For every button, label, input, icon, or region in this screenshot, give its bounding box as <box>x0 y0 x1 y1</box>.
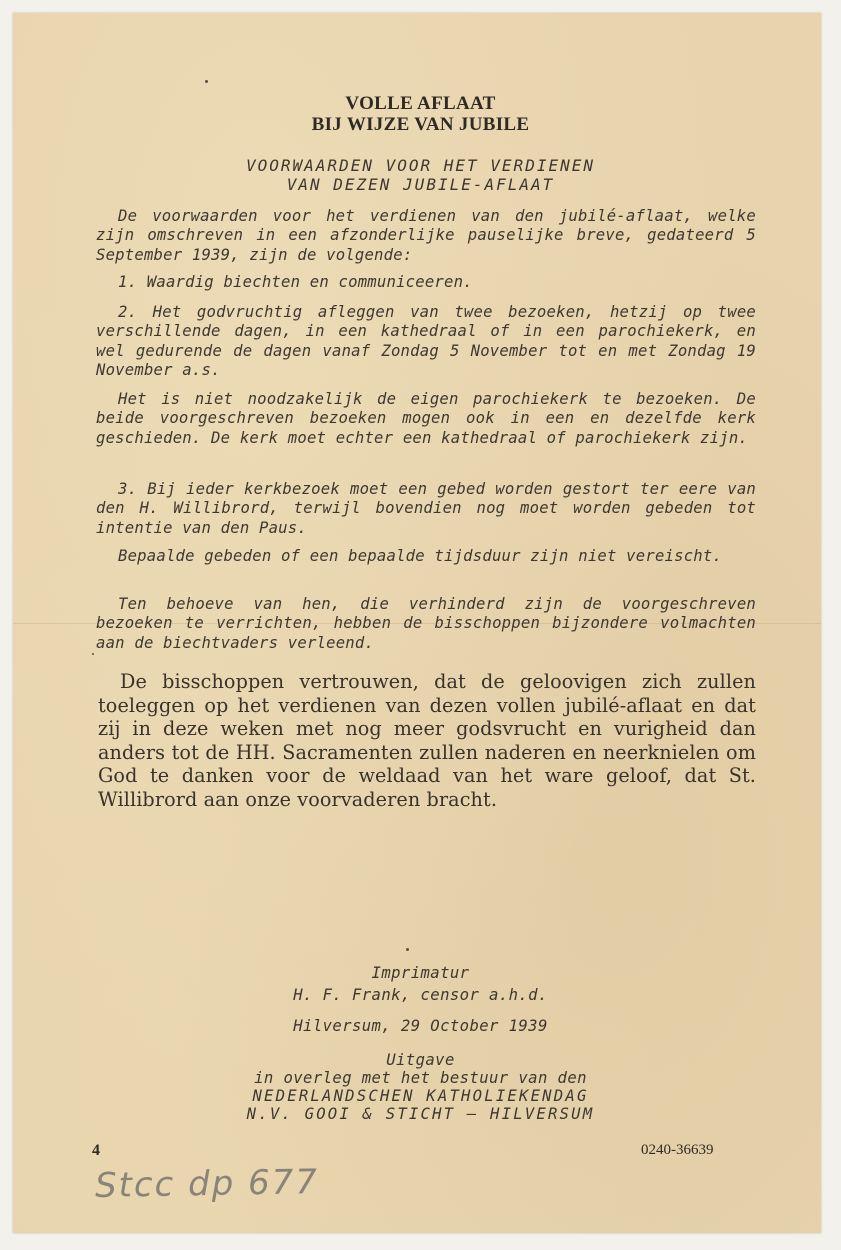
publisher-line-2: NEDERLANDSCHEN KATHOLIEKENDAG <box>0 1087 841 1105</box>
dispensation-paragraph: Ten behoeve van hen, die verhinderd zijn… <box>96 595 756 653</box>
subtitle-line-1: VOORWAARDEN VOOR HET VERDIENEN <box>0 156 841 175</box>
condition-3-note-text: Bepaalde gebeden of een bepaalde tijdsdu… <box>96 547 756 566</box>
condition-3: 3. Bij ieder kerkbezoek moet een gebed w… <box>96 480 756 538</box>
condition-3-note: Bepaalde gebeden of een bepaalde tijdsdu… <box>96 547 756 566</box>
closing-text: De bisschoppen vertrouwen, dat de geloov… <box>98 670 756 811</box>
condition-2-note: Het is niet noodzakelijk de eigen paroch… <box>96 390 756 448</box>
document-title: VOLLE AFLAAT BIJ WIJZE VAN JUBILE <box>0 93 841 135</box>
publisher-line-1: in overleg met het bestuur van den <box>0 1069 841 1087</box>
intro-paragraph: De voorwaarden voor het verdienen van de… <box>96 207 756 265</box>
title-line-2: BIJ WIJZE VAN JUBILE <box>0 114 841 135</box>
paper-speck <box>205 80 208 83</box>
document-subtitle: VOORWAARDEN VOOR HET VERDIENEN VAN DEZEN… <box>0 156 841 194</box>
imprimatur-censor: H. F. Frank, censor a.h.d. <box>0 986 841 1004</box>
imprimatur-label: Imprimatur <box>0 964 841 982</box>
publisher-label: Uitgave <box>0 1051 841 1069</box>
condition-2-text: 2. Het godvruchtig afleggen van twee bez… <box>96 303 756 380</box>
imprimatur-place-date: Hilversum, 29 October 1939 <box>0 1017 841 1035</box>
publisher-line-3: N.V. GOOI & STICHT — HILVERSUM <box>0 1105 841 1123</box>
dispensation-text: Ten behoeve van hen, die verhinderd zijn… <box>96 595 756 653</box>
intro-text: De voorwaarden voor het verdienen van de… <box>96 207 756 265</box>
condition-1-text: 1. Waardig biechten en communiceeren. <box>96 273 756 292</box>
paper-speck <box>92 653 94 655</box>
print-code: 0240-36639 <box>641 1142 714 1159</box>
condition-3-text: 3. Bij ieder kerkbezoek moet een gebed w… <box>96 480 756 538</box>
closing-paragraph: De bisschoppen vertrouwen, dat de geloov… <box>98 670 756 811</box>
handwritten-shelfmark: Stcc dp 677 <box>95 1162 320 1206</box>
condition-2: 2. Het godvruchtig afleggen van twee bez… <box>96 303 756 380</box>
title-line-1: VOLLE AFLAAT <box>0 93 841 114</box>
subtitle-line-2: VAN DEZEN JUBILE-AFLAAT <box>0 175 841 194</box>
paper-speck <box>406 948 409 951</box>
condition-1: 1. Waardig biechten en communiceeren. <box>96 273 756 292</box>
page-number: 4 <box>92 1142 100 1160</box>
condition-2-note-text: Het is niet noodzakelijk de eigen paroch… <box>96 390 756 448</box>
